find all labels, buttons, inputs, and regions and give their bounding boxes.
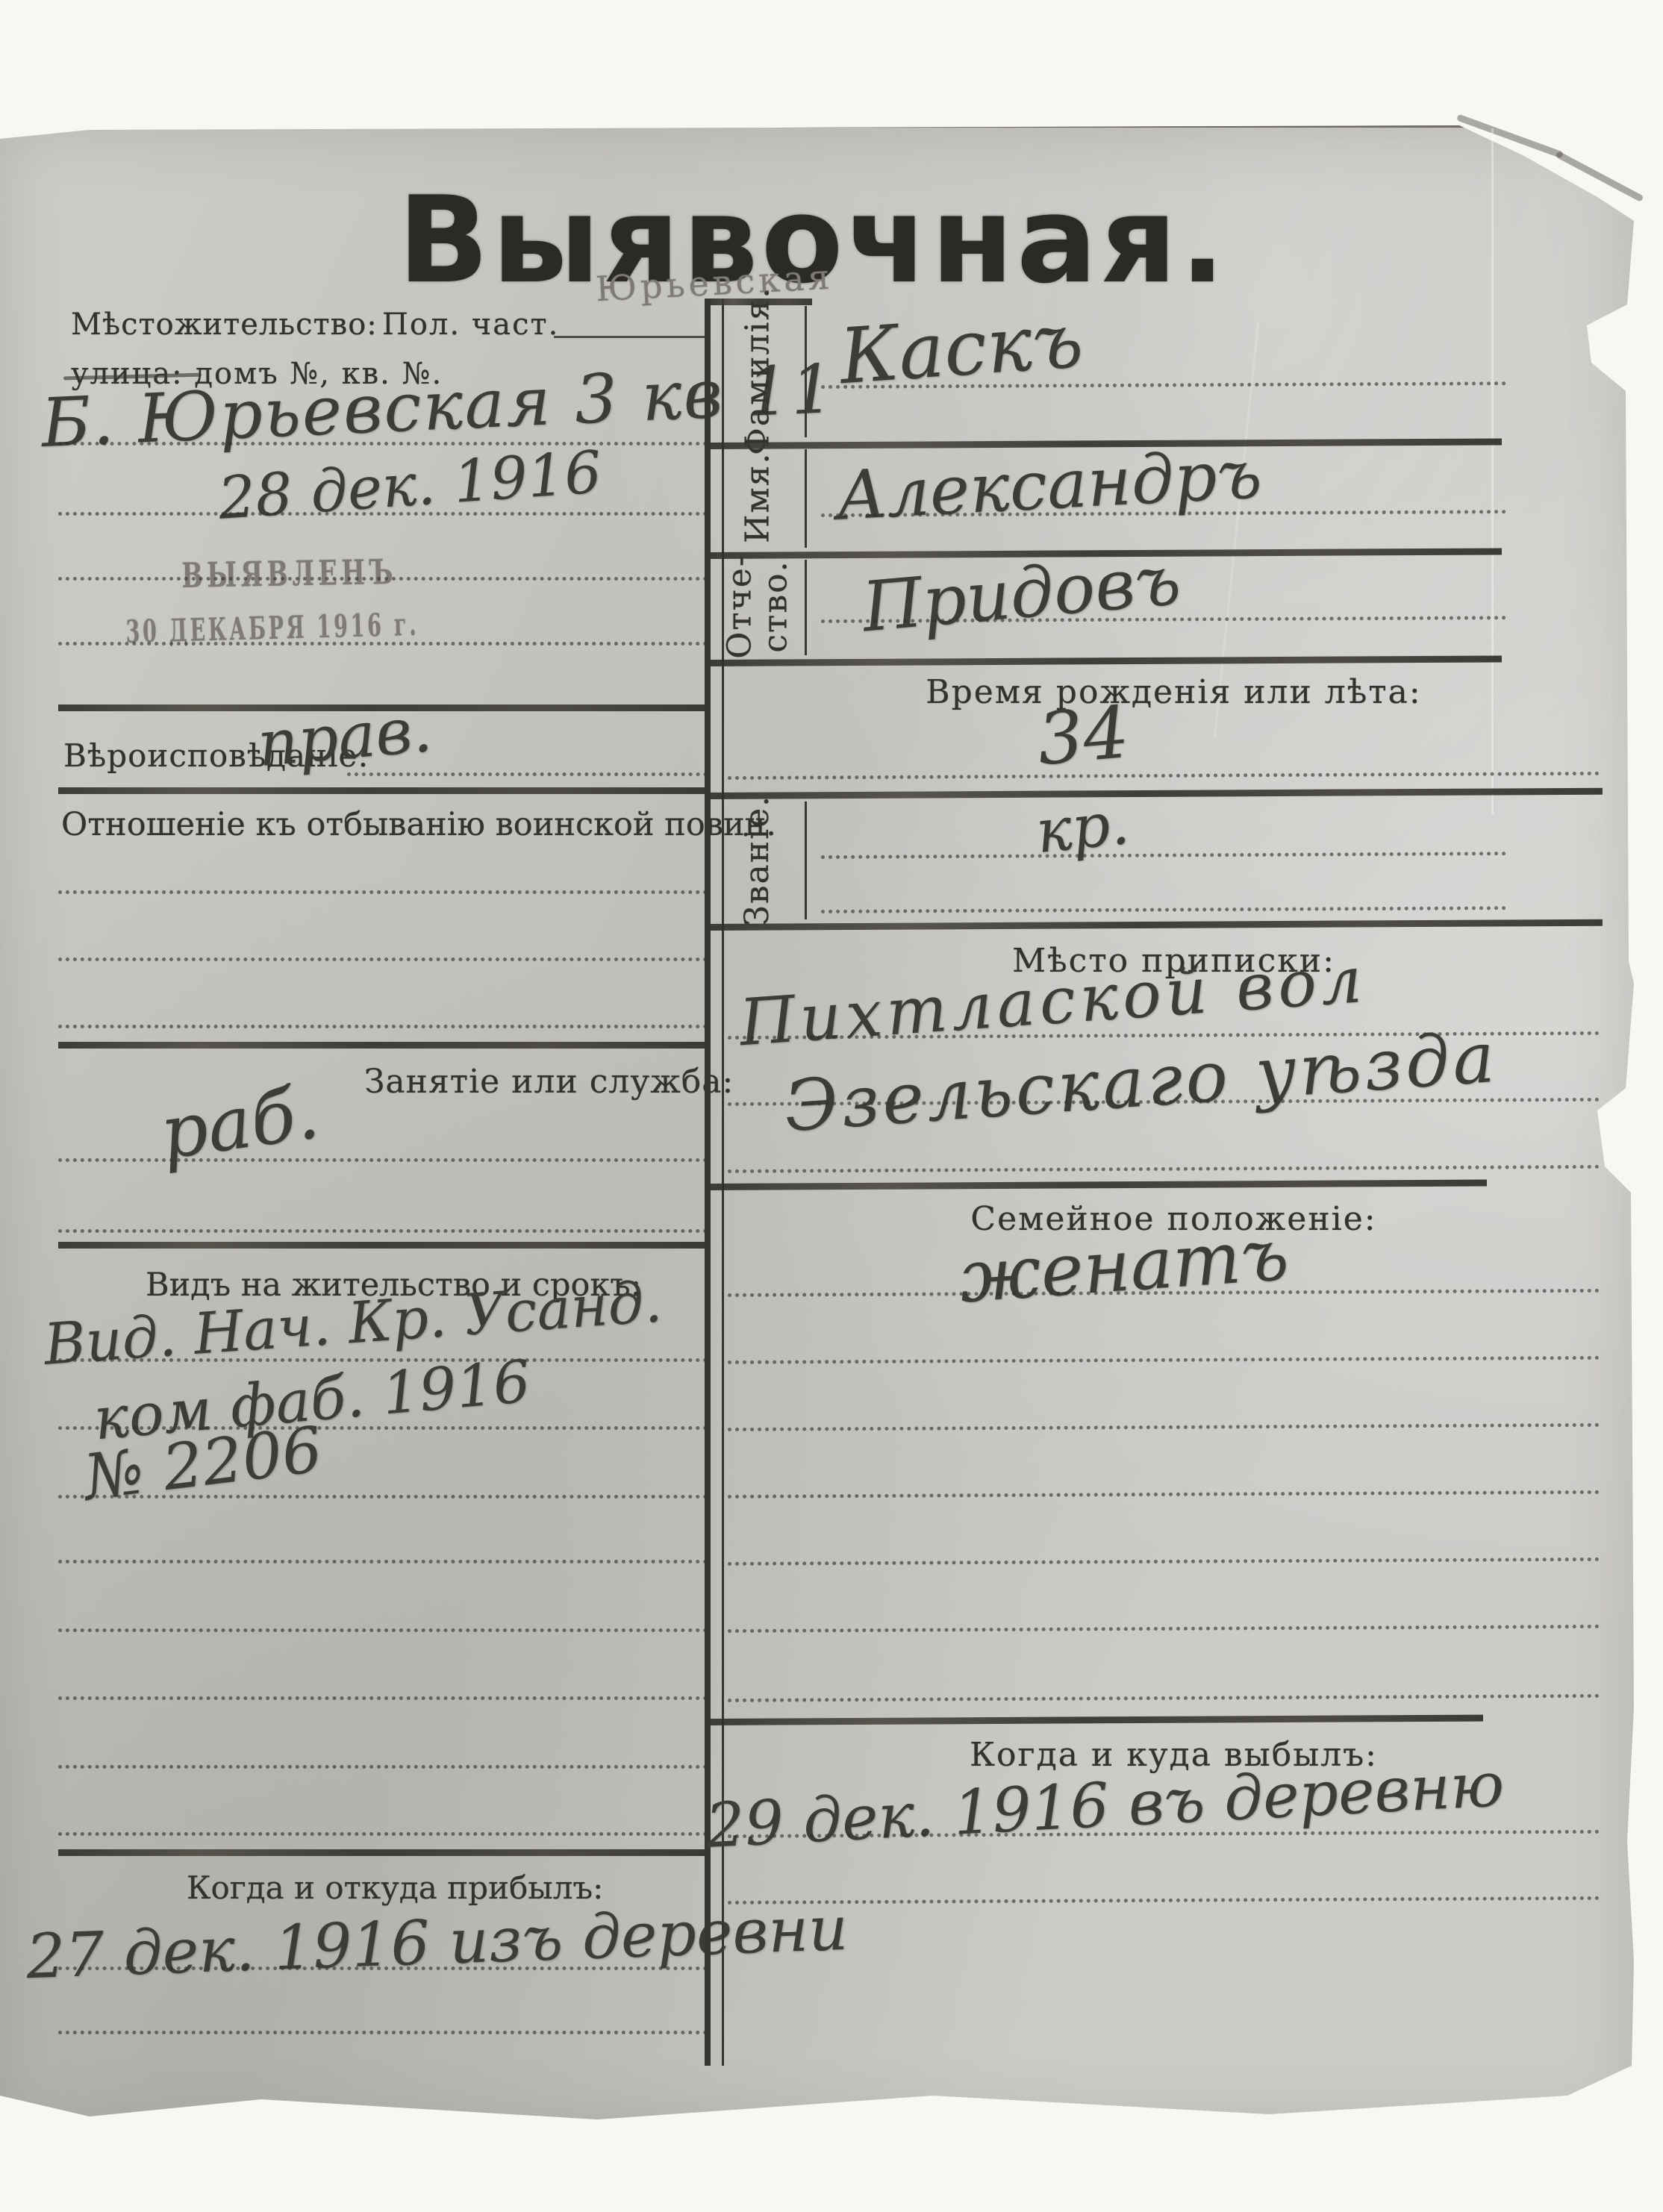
rank-label-cell: Званіе.: [711, 797, 805, 924]
rank-label: Званіе.: [740, 795, 776, 926]
label-separator: [805, 306, 807, 437]
label-separator: [805, 449, 807, 548]
label-separator: [805, 802, 807, 919]
dotted-line: [58, 1560, 708, 1563]
patronymic-label: Отче- ство.: [722, 554, 793, 659]
dotted-line: [58, 442, 708, 446]
dotted-line: [58, 1966, 708, 1970]
arrived-label: Когда и откуда прибылъ:: [187, 1869, 603, 1906]
dotted-line: [58, 512, 708, 516]
occupation-label: Занятіе или служба:: [364, 1063, 734, 1101]
patronymic-label-cell: Отче- ство.: [711, 555, 805, 658]
ruled-line: [554, 336, 708, 338]
religion-value: прав.: [255, 693, 434, 781]
dotted-line: [58, 1229, 708, 1233]
dotted-line: [58, 1832, 708, 1836]
dotted-line: [58, 1696, 708, 1700]
dotted-line: [58, 1495, 708, 1499]
name-label-cell: Имя.: [711, 446, 805, 549]
dotted-line: [347, 772, 708, 776]
military-duty-label: Отношеніе къ отбыванію воинской повин.: [61, 806, 776, 843]
paper-crease: [1491, 128, 1494, 815]
dotted-line: [58, 957, 708, 961]
residence-label: Мѣстожительство:: [71, 307, 378, 342]
dotted-line: [58, 1765, 708, 1769]
surname-label-cell: Фамилія.: [711, 300, 805, 442]
surname-label: Фамилія.: [740, 287, 776, 455]
dotted-line: [58, 2031, 708, 2034]
age-value: 34: [1034, 690, 1132, 781]
dotted-line: [58, 1025, 708, 1028]
thick-rule: [58, 1242, 708, 1249]
scanned-registration-card: { "document": { "title": "Выявочная.", "…: [0, 0, 1663, 2212]
thick-rule: [58, 787, 708, 794]
thick-rule: [58, 1042, 708, 1049]
dotted-line: [58, 1426, 708, 1430]
police-part-label: Пол. част.: [382, 307, 559, 342]
dotted-line: [58, 1628, 708, 1632]
dotted-line: [58, 577, 708, 581]
registered-stamp-line1: ВЫЯВЛЕНЪ: [181, 552, 397, 596]
name-label: Имя.: [740, 452, 776, 543]
dotted-line: [58, 642, 708, 646]
thick-rule: [58, 1849, 708, 1856]
dotted-line: [58, 890, 708, 894]
dotted-line: [58, 1158, 708, 1162]
label-separator: [805, 560, 807, 655]
age-label: Время рожденія или лѣта:: [810, 673, 1538, 711]
